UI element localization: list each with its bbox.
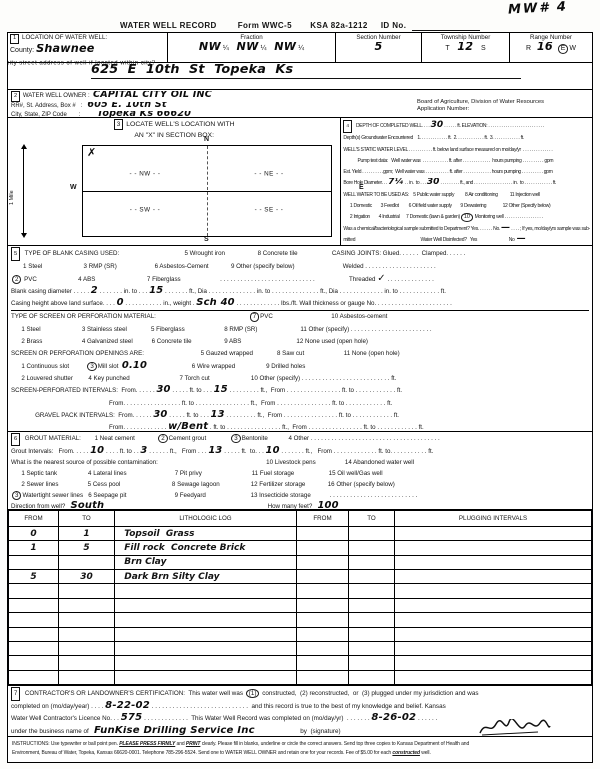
printed-text: . . . . . .: [416, 715, 437, 722]
handwritten-value: 605 E. 10th St: [87, 102, 166, 110]
form-line: Blank casing diameter . . . . . 2 . . . …: [11, 286, 589, 298]
location-cell: 1 LOCATION OF WATER WELL: County: Shawne…: [8, 33, 168, 62]
section-3-locator: 3 LOCATE WELL'S LOCATION WITH AN "X" IN …: [8, 118, 341, 245]
log-cell: [115, 598, 297, 612]
handwritten-value: 12: [457, 42, 473, 53]
log-row: Brn Clay: [9, 555, 592, 569]
form-line: Grout Intervals: From. . . . . 10 . . . …: [11, 446, 589, 457]
log-cell: [297, 584, 349, 598]
county-value: County: Shawnee: [10, 44, 165, 57]
quadrant-se-label: - - SE - -: [255, 206, 284, 213]
x-mark: ✗: [87, 146, 96, 159]
section-7-certification: 7 CONTRACTOR'S OR LANDOWNER'S CERTIFICAT…: [8, 686, 592, 737]
printed-text: WATER WELL OWNER :: [21, 93, 93, 99]
form-line: 1 Domestic 3 Feedlot 6 Oil field water s…: [343, 201, 590, 212]
form-body: 1 LOCATION OF WATER WELL: County: Shawne…: [7, 32, 593, 763]
form-line: 1 Continuous slot 3Mill slot 0.10 6 Wire…: [11, 361, 589, 373]
printed-text: WELL WATER TO BE USED AS: 5 Public water…: [343, 192, 539, 198]
printed-text: . . . . . . . ft., From . . . . . . . . …: [280, 448, 434, 455]
section-number-cell: Section Number 5: [336, 33, 422, 62]
printed-text: INSTRUCTIONS: Use typewriter or ball poi…: [12, 741, 119, 747]
handwritten-value: 30: [156, 385, 170, 395]
log-cell: [395, 641, 592, 655]
handwritten-value: Sch 40: [196, 298, 235, 308]
printed-text: well.: [420, 750, 431, 756]
section-box-diagram: ✗ - - NW - - - - NE - - - - SW - - - - S…: [82, 145, 332, 237]
printed-text: RR#, St. Address, Box # :: [11, 103, 87, 109]
section-number: 6: [11, 433, 20, 446]
emphasized-text: PLEASE PRESS FIRMLY: [119, 741, 175, 747]
log-row: [9, 613, 592, 627]
log-cell: [59, 555, 115, 569]
log-cell: [9, 641, 59, 655]
log-cell: [297, 598, 349, 612]
log-cell: [349, 555, 395, 569]
log-cell: [395, 570, 592, 584]
printed-text: constructed, (2) reconstructed, or (3) p…: [260, 690, 478, 697]
handwritten-value: Shawnee: [36, 44, 94, 55]
blank-line: [412, 21, 480, 31]
form-line: 6 GROUT MATERIAL: 1 Neat cement 2Cement …: [11, 433, 589, 446]
handwritten-value: 7¼: [388, 178, 404, 187]
printed-text: . . . . . ft. to . . .: [168, 412, 211, 419]
log-cell: Fill rock Concrete Brick: [115, 541, 297, 555]
printed-text: SCREEN OR PERFORATION OPENINGS ARE: 5 Ga…: [11, 350, 400, 357]
printed-text: Watertight sewer lines 6 Seepage pit 9 F…: [22, 492, 417, 499]
log-row: [9, 584, 592, 598]
form-line: WELL'S STATIC WATER LEVEL . . . . . . . …: [343, 145, 590, 156]
printed-text: Casing height above land surface. . . .: [11, 300, 117, 307]
log-cell: [395, 527, 592, 541]
log-cell: [59, 598, 115, 612]
printed-text: PVC 4 ABS 7 Fiberglass . . . . . . . . .…: [22, 276, 377, 283]
printed-text: Was a chemical/bacteriological sample su…: [343, 226, 501, 232]
log-cell: [395, 656, 592, 670]
locator-header-2: AN "X" IN SECTION BOX:: [8, 131, 340, 140]
handwritten-value: 10: [90, 446, 104, 456]
section-6-grout: 6 GROUT MATERIAL: 1 Neat cement 2Cement …: [8, 432, 592, 510]
form-line: Est. Yield . . . . . . . . . .gpm; Well …: [343, 167, 590, 178]
log-cell: [349, 541, 395, 555]
log-cell: Brn Clay: [115, 555, 297, 569]
mile-scale-label: 1 Mile: [9, 190, 15, 205]
handwritten-value: 15: [149, 286, 163, 296]
log-row: 01 Topsoil Grass: [9, 527, 592, 541]
township-value: T 12 S: [424, 42, 507, 55]
printed-text: . . . . . . ft. ELEVATION: . . . . . . .…: [443, 123, 544, 129]
log-cell: [9, 598, 59, 612]
printed-text: . . . . . . . . . . . in., weight .: [124, 300, 197, 307]
printed-text: S: [473, 45, 485, 52]
log-cell: [297, 555, 349, 569]
log-cell: [115, 641, 297, 655]
log-cell: [9, 555, 59, 569]
log-cell: [297, 613, 349, 627]
log-column-header: FROM: [297, 511, 349, 527]
log-cell: [395, 598, 592, 612]
printed-text: . . in. to . . .: [404, 180, 427, 186]
printed-text: TYPE OF SCREEN OR PERFORATION MATERIAL:: [11, 313, 249, 320]
printed-text: PVC 10 Asbestos-cement: [260, 313, 387, 320]
printed-text: 1 Domestic 3 Feedlot 6 Oil field water s…: [343, 203, 550, 209]
section-number: 4: [343, 120, 351, 133]
handwritten-value: —: [501, 224, 510, 233]
printed-text: Pump test data: Well water was . . . . .…: [343, 158, 553, 164]
printed-text: Bentonite 4 Other . . . . . . . . . . . …: [242, 435, 440, 442]
printed-text: . . . . . . . . . . . . . This Water Wel…: [142, 715, 371, 722]
log-cell: [297, 527, 349, 541]
log-cell: [297, 570, 349, 584]
form-line: 7 CONTRACTOR'S OR LANDOWNER'S CERTIFICAT…: [11, 687, 589, 701]
log-cell: [395, 613, 592, 627]
printed-text: T: [445, 45, 457, 52]
log-cell: [395, 584, 592, 598]
circled-option: 3: [231, 434, 240, 443]
handwritten-value: 30: [431, 120, 444, 130]
handwritten-value: NW: [237, 42, 259, 53]
fraction-cell: Fraction NW ¼ NW ¼ NW ¼: [168, 33, 336, 62]
handwritten-value: 15: [214, 385, 228, 395]
owner-fields: 2 WATER WELL OWNER : CAPITAL CITY OIL IN…: [8, 90, 414, 117]
log-cell: [9, 613, 59, 627]
log-row: [9, 641, 592, 655]
signature-scribble: [478, 719, 552, 737]
log-cell: [59, 641, 115, 655]
printed-text: From. . . . . . . . . . . . .: [11, 424, 168, 431]
circled-option: 2: [158, 434, 167, 443]
printed-text: . . . . . . . . . ft., From . . . . . . …: [228, 387, 402, 394]
section-box-horizontal-divider: [83, 191, 331, 192]
owner-address-line: RR#, St. Address, Box # : 605 E. 10th St: [11, 102, 411, 111]
handwritten-value: 0: [117, 298, 124, 308]
section-3-4-row: 3 LOCATE WELL'S LOCATION WITH AN "X" IN …: [8, 118, 592, 246]
arrow-up-icon: [21, 144, 27, 149]
printed-text: [553, 45, 557, 52]
printed-text: 2 Louvered shutter 4 Key punched 7 Torch…: [11, 375, 396, 382]
printed-text: DEPTH OF COMPLETED WELL. . . .: [353, 123, 431, 129]
printed-text: . . . . . . . . . . . . . .: [386, 276, 434, 283]
lithologic-log-table: FROMTOLITHOLOGIC LOGFROMTOPLUGGING INTER…: [8, 510, 592, 685]
printed-text: GRAVEL PACK INTERVALS: From. . . . . .: [11, 412, 153, 419]
fraction-label: Fraction: [170, 34, 333, 42]
handwritten-value: 30: [427, 178, 440, 187]
printed-text: Grout Intervals: From. . . . .: [11, 448, 90, 455]
handwritten-value: 8-22-02: [105, 701, 150, 711]
log-cell: [395, 541, 592, 555]
locator-header-1: 3 LOCATE WELL'S LOCATION WITH: [8, 119, 340, 130]
form-line: 1 Steel 3 Stainless steel 5 Fiberglass 8…: [11, 324, 589, 336]
printed-text: Water Well Contractor's Licence No. . .: [11, 715, 121, 722]
handwritten-value: 13: [211, 410, 225, 420]
range-cell: Range Number R 16 EW: [510, 33, 592, 62]
log-cell: [59, 670, 115, 684]
log-cell: [349, 670, 395, 684]
section-5-casing: 5 TYPE OF BLANK CASING USED: 5 Wrought i…: [8, 246, 592, 432]
printed-text: TYPE OF BLANK CASING USED: 5 Wrought iro…: [21, 250, 465, 257]
handwritten-value: 575: [121, 713, 143, 723]
log-cell: [297, 656, 349, 670]
printed-text: under the business name of: [11, 728, 94, 735]
log-cell: 1: [59, 527, 115, 541]
printed-text: by (signature): [255, 728, 341, 735]
printed-text: What is the nearest source of possible c…: [11, 459, 414, 466]
log-cell: [115, 627, 297, 641]
emphasized-text: constructed: [392, 750, 420, 756]
log-cell: [297, 670, 349, 684]
form-line: 3Watertight sewer lines 6 Seepage pit 9 …: [11, 490, 589, 501]
printed-text: . . . . . ft. to . . .: [171, 387, 214, 394]
instructions-box: INSTRUCTIONS: Use typewriter or ball poi…: [8, 737, 592, 762]
printed-text: W: [569, 45, 576, 52]
section-number-label: Section Number: [338, 34, 419, 42]
compass-south-label: S: [204, 236, 209, 243]
printed-text: . . . . . . . . . . . . . lbs./ft. Wall …: [235, 300, 452, 307]
form-line: 2 PVC 4 ABS 7 Fiberglass . . . . . . . .…: [11, 274, 589, 286]
range-value: R 16 EW: [512, 42, 590, 55]
printed-text: R: [526, 45, 537, 52]
handwritten-value: 2: [91, 286, 98, 296]
handwritten-value: NW: [199, 42, 221, 53]
section-number: 3: [114, 119, 124, 130]
log-cell: [115, 613, 297, 627]
form-line: What is the nearest source of possible c…: [11, 457, 589, 468]
section-number: 7: [11, 687, 20, 701]
handwritten-value: CAPITAL CITY OIL INC: [93, 91, 212, 100]
printed-text: . . . . . . . . . . . . . . . . . . . . …: [150, 703, 446, 710]
section-number: 5: [11, 247, 20, 261]
printed-text: Bore Hole Diameter. . .: [343, 180, 388, 186]
location-header: 1 LOCATION OF WATER WELL:: [10, 34, 165, 44]
form-line: Environment, Bureau of Water, Topeka, Ka…: [12, 749, 588, 758]
log-cell: [349, 527, 395, 541]
form-line: completed on (mo/day/year) . . . . 8-22-…: [11, 701, 589, 713]
log-cell: [115, 656, 297, 670]
form-line: WELL WATER TO BE USED AS: 5 Public water…: [343, 190, 590, 201]
log-cell: [9, 656, 59, 670]
log-header-row: FROMTOLITHOLOGIC LOGFROMTOPLUGGING INTER…: [9, 511, 592, 527]
circled-option: E: [558, 44, 569, 54]
section-1-location: 1 LOCATION OF WATER WELL: County: Shawne…: [8, 33, 592, 63]
printed-text: . . . . ; If yes, mo/day/yrs sample was …: [510, 226, 590, 232]
lithologic-log-section: FROMTOLITHOLOGIC LOGFROMTOPLUGGING INTER…: [8, 510, 592, 686]
form-line: INSTRUCTIONS: Use typewriter or ball poi…: [12, 740, 588, 749]
printed-text: . . . . ft. to . .: [104, 448, 140, 455]
handwritten-value: 8-26-02: [371, 713, 416, 723]
compass-east-label: E: [359, 184, 364, 191]
printed-text: . . . . . . . . . ft., and . . . . . . .…: [439, 180, 556, 186]
log-column-header: TO: [349, 511, 395, 527]
printed-text: Est. Yield . . . . . . . . . .gpm; Well …: [343, 169, 552, 175]
quadrant-ne-label: - - NE - -: [254, 170, 283, 177]
township-cell: Township Number T 12 S: [422, 33, 510, 62]
handwritten-value: 100: [317, 501, 338, 511]
printed-text: WATER WELL RECORD Form WWC-5 KSA 82a-121…: [120, 21, 412, 30]
handwritten-value: 5: [375, 42, 383, 53]
printed-text: 2 Sewer lines 5 Cess pool 8 Sewage lagoo…: [11, 481, 395, 488]
log-cell: Dark Brn Silty Clay: [115, 570, 297, 584]
distance-row: Distance and direction from nearest town…: [8, 63, 592, 90]
handwritten-value: 30: [153, 410, 167, 420]
printed-text: . . . . . . . . . ft., From . . . . . . …: [225, 412, 399, 419]
handwritten-value: South: [71, 501, 105, 511]
log-row: [9, 670, 592, 684]
log-cell: 0: [9, 527, 59, 541]
log-cell: [59, 584, 115, 598]
log-cell: 1: [9, 541, 59, 555]
printed-text: and: [175, 741, 186, 747]
printed-text: LOCATION OF WATER WELL:: [20, 34, 107, 41]
log-cell: [349, 598, 395, 612]
log-cell: [349, 627, 395, 641]
printed-text: WELL'S STATIC WATER LEVEL . . . . . . . …: [343, 147, 552, 153]
corner-note: MW# 4: [508, 0, 569, 18]
printed-text: Monitoring well . . . . . . . . . . . . …: [474, 214, 543, 220]
printed-text: 1 Steel 3 Stainless steel 5 Fiberglass 8…: [11, 326, 432, 333]
log-cell: 5: [9, 570, 59, 584]
log-cell: 30: [59, 570, 115, 584]
printed-text: 6 Wire wrapped 9 Drilled holes: [147, 363, 305, 370]
form-line: SCREEN OR PERFORATION OPENINGS ARE: 5 Ga…: [11, 348, 589, 360]
agency-name: Board of Agriculture, Division of Water …: [417, 99, 589, 106]
log-cell: [349, 656, 395, 670]
handwritten-value: —: [517, 235, 526, 244]
printed-text: Direction from well?: [11, 503, 71, 510]
log-cell: [349, 641, 395, 655]
handwritten-value: w/Bent: [168, 422, 208, 432]
printed-text: Cement grout: [169, 435, 231, 442]
printed-text: How many feet?: [104, 503, 317, 510]
range-label: Range Number: [512, 34, 590, 42]
printed-text: City, State, ZIP Code :: [11, 112, 97, 118]
circled-option: 10: [461, 213, 473, 221]
log-cell: [297, 541, 349, 555]
compass-north-label: N: [204, 136, 209, 143]
log-cell: [59, 656, 115, 670]
form-line: Pump test data: Well water was . . . . .…: [343, 156, 590, 167]
log-cell: [59, 613, 115, 627]
arrow-down-icon: [21, 233, 27, 238]
circled-option: 7: [250, 312, 259, 321]
form-line: 4 DEPTH OF COMPLETED WELL. . . . 30 . . …: [343, 120, 590, 133]
form-line: 2 Sewer lines 5 Cess pool 8 Sewage lagoo…: [11, 479, 589, 490]
section-2-owner: 2 WATER WELL OWNER : CAPITAL CITY OIL IN…: [8, 90, 592, 118]
printed-text: 1 Septic tank 4 Lateral lines 7 Pit priv…: [11, 470, 383, 477]
log-column-header: TO: [59, 511, 115, 527]
log-row: [9, 598, 592, 612]
printed-text: Environment, Bureau of Water, Topeka, Ka…: [12, 750, 392, 756]
handwritten-value: 10: [266, 446, 280, 456]
form-title: WATER WELL RECORD Form WWC-5 KSA 82a-121…: [120, 21, 480, 31]
log-row: 530 Dark Brn Silty Clay: [9, 570, 592, 584]
printed-text: Depth(s) Groundwater Encountered 1. . . …: [343, 135, 524, 141]
log-cell: [349, 613, 395, 627]
printed-text: . ft. to . . . . . . . . . . . . . . . .…: [208, 424, 424, 431]
printed-text: mitted Water Well Disinfected? Yes No: [343, 237, 516, 243]
application-number-label: Application Number:: [417, 106, 589, 113]
log-cell: [9, 670, 59, 684]
circled-option: 2: [12, 275, 21, 284]
log-column-header: LITHOLOGIC LOG: [115, 511, 297, 527]
log-cell: [115, 584, 297, 598]
section-4-depth: 4 DEPTH OF COMPLETED WELL. . . . 30 . . …: [341, 118, 592, 245]
log-cell: [297, 627, 349, 641]
log-cell: [349, 570, 395, 584]
agency-block: Board of Agriculture, Division of Water …: [414, 90, 592, 117]
printed-text: County:: [10, 47, 36, 54]
circled-option: (1): [246, 689, 260, 698]
printed-text: CONTRACTOR'S OR LANDOWNER'S CERTIFICATIO…: [21, 690, 244, 697]
log-row: 15 Fill rock Concrete Brick: [9, 541, 592, 555]
printed-text: ¼: [259, 45, 275, 52]
form-line: 2 Brass 4 Galvanized steel 6 Concrete ti…: [11, 336, 589, 348]
circled-option: 3: [87, 362, 96, 371]
log-column-header: FROM: [9, 511, 59, 527]
printed-text: 2 Brass 4 Galvanized steel 6 Concrete ti…: [11, 338, 368, 345]
handwritten-value: ✓: [377, 274, 386, 284]
form-line: TYPE OF SCREEN OR PERFORATION MATERIAL: …: [11, 310, 589, 323]
log-cell: [395, 627, 592, 641]
circled-option: 3: [12, 491, 21, 500]
form-line: 2 Louvered shutter 4 Key punched 7 Torch…: [11, 373, 589, 385]
compass-west-label: W: [70, 184, 77, 191]
form-line: 1 Septic tank 4 Lateral lines 7 Pit priv…: [11, 468, 589, 479]
printed-text: clearly. Please fill in blanks, underlin…: [200, 741, 469, 747]
log-cell: [9, 584, 59, 598]
log-cell: [59, 627, 115, 641]
printed-text: ¼: [296, 45, 304, 52]
log-cell: [395, 670, 592, 684]
printed-text: . . . . . ft. to. . .: [223, 448, 266, 455]
handwritten-value: NW: [274, 42, 296, 53]
printed-text: LOCATE WELL'S LOCATION WITH: [124, 121, 234, 128]
township-label: Township Number: [424, 34, 507, 42]
fraction-value: NW ¼ NW ¼ NW ¼: [170, 42, 333, 55]
handwritten-value: FunKise Drilling Service Inc: [94, 726, 255, 736]
form-line: Was a chemical/bacteriological sample su…: [343, 224, 590, 235]
printed-text: From. . . . . . . . . . . . . . . . . ft…: [11, 400, 392, 407]
log-column-header: PLUGGING INTERVALS: [395, 511, 592, 527]
form-line: Bore Hole Diameter. . . 7¼ . . in. to . …: [343, 178, 590, 189]
emphasized-text: PRINT: [186, 741, 201, 747]
printed-text: Mill slot: [98, 363, 122, 370]
log-cell: 5: [59, 541, 115, 555]
handwritten-value: 16: [537, 42, 553, 53]
form-line: mitted Water Well Disinfected? Yes No —: [343, 235, 590, 246]
printed-text: . . . . . . . ft., Dia . . . . . . . . .…: [163, 288, 446, 295]
handwritten-value: 0.10: [122, 361, 147, 371]
form-line: 5 TYPE OF BLANK CASING USED: 5 Wrought i…: [11, 247, 589, 261]
quadrant-nw-label: - - NW - -: [130, 170, 161, 177]
printed-text: . . . . . . ft., From . . .: [147, 448, 208, 455]
quadrant-sw-label: - - SW - -: [130, 206, 161, 213]
printed-text: 1 Steel 3 RMP (SR) 6 Asbestos-Cement 9 O…: [11, 263, 436, 270]
form-line: Depth(s) Groundwater Encountered 1. . . …: [343, 133, 590, 144]
section-number: 1: [10, 34, 19, 44]
printed-text: 1 Continuous slot: [11, 363, 86, 370]
printed-text: GROUT MATERIAL: 1 Neat cement: [21, 435, 157, 442]
mile-scale-line: [23, 148, 24, 233]
log-cell: [395, 555, 592, 569]
form-line: SCREEN-PERFORATED INTERVALS: From. . . .…: [11, 385, 589, 397]
form-line: GRAVEL PACK INTERVALS: From. . . . . . 3…: [11, 410, 589, 422]
log-cell: Topsoil Grass: [115, 527, 297, 541]
log-cell: [349, 584, 395, 598]
form-line: 2 Irrigation 4 Industrial 7 Domestic (la…: [343, 212, 590, 223]
log-cell: [9, 627, 59, 641]
printed-text: 2 Irrigation 4 Industrial 7 Domestic (la…: [343, 214, 460, 220]
log-row: [9, 656, 592, 670]
distance-question: Distance and direction from nearest town…: [7, 60, 156, 68]
